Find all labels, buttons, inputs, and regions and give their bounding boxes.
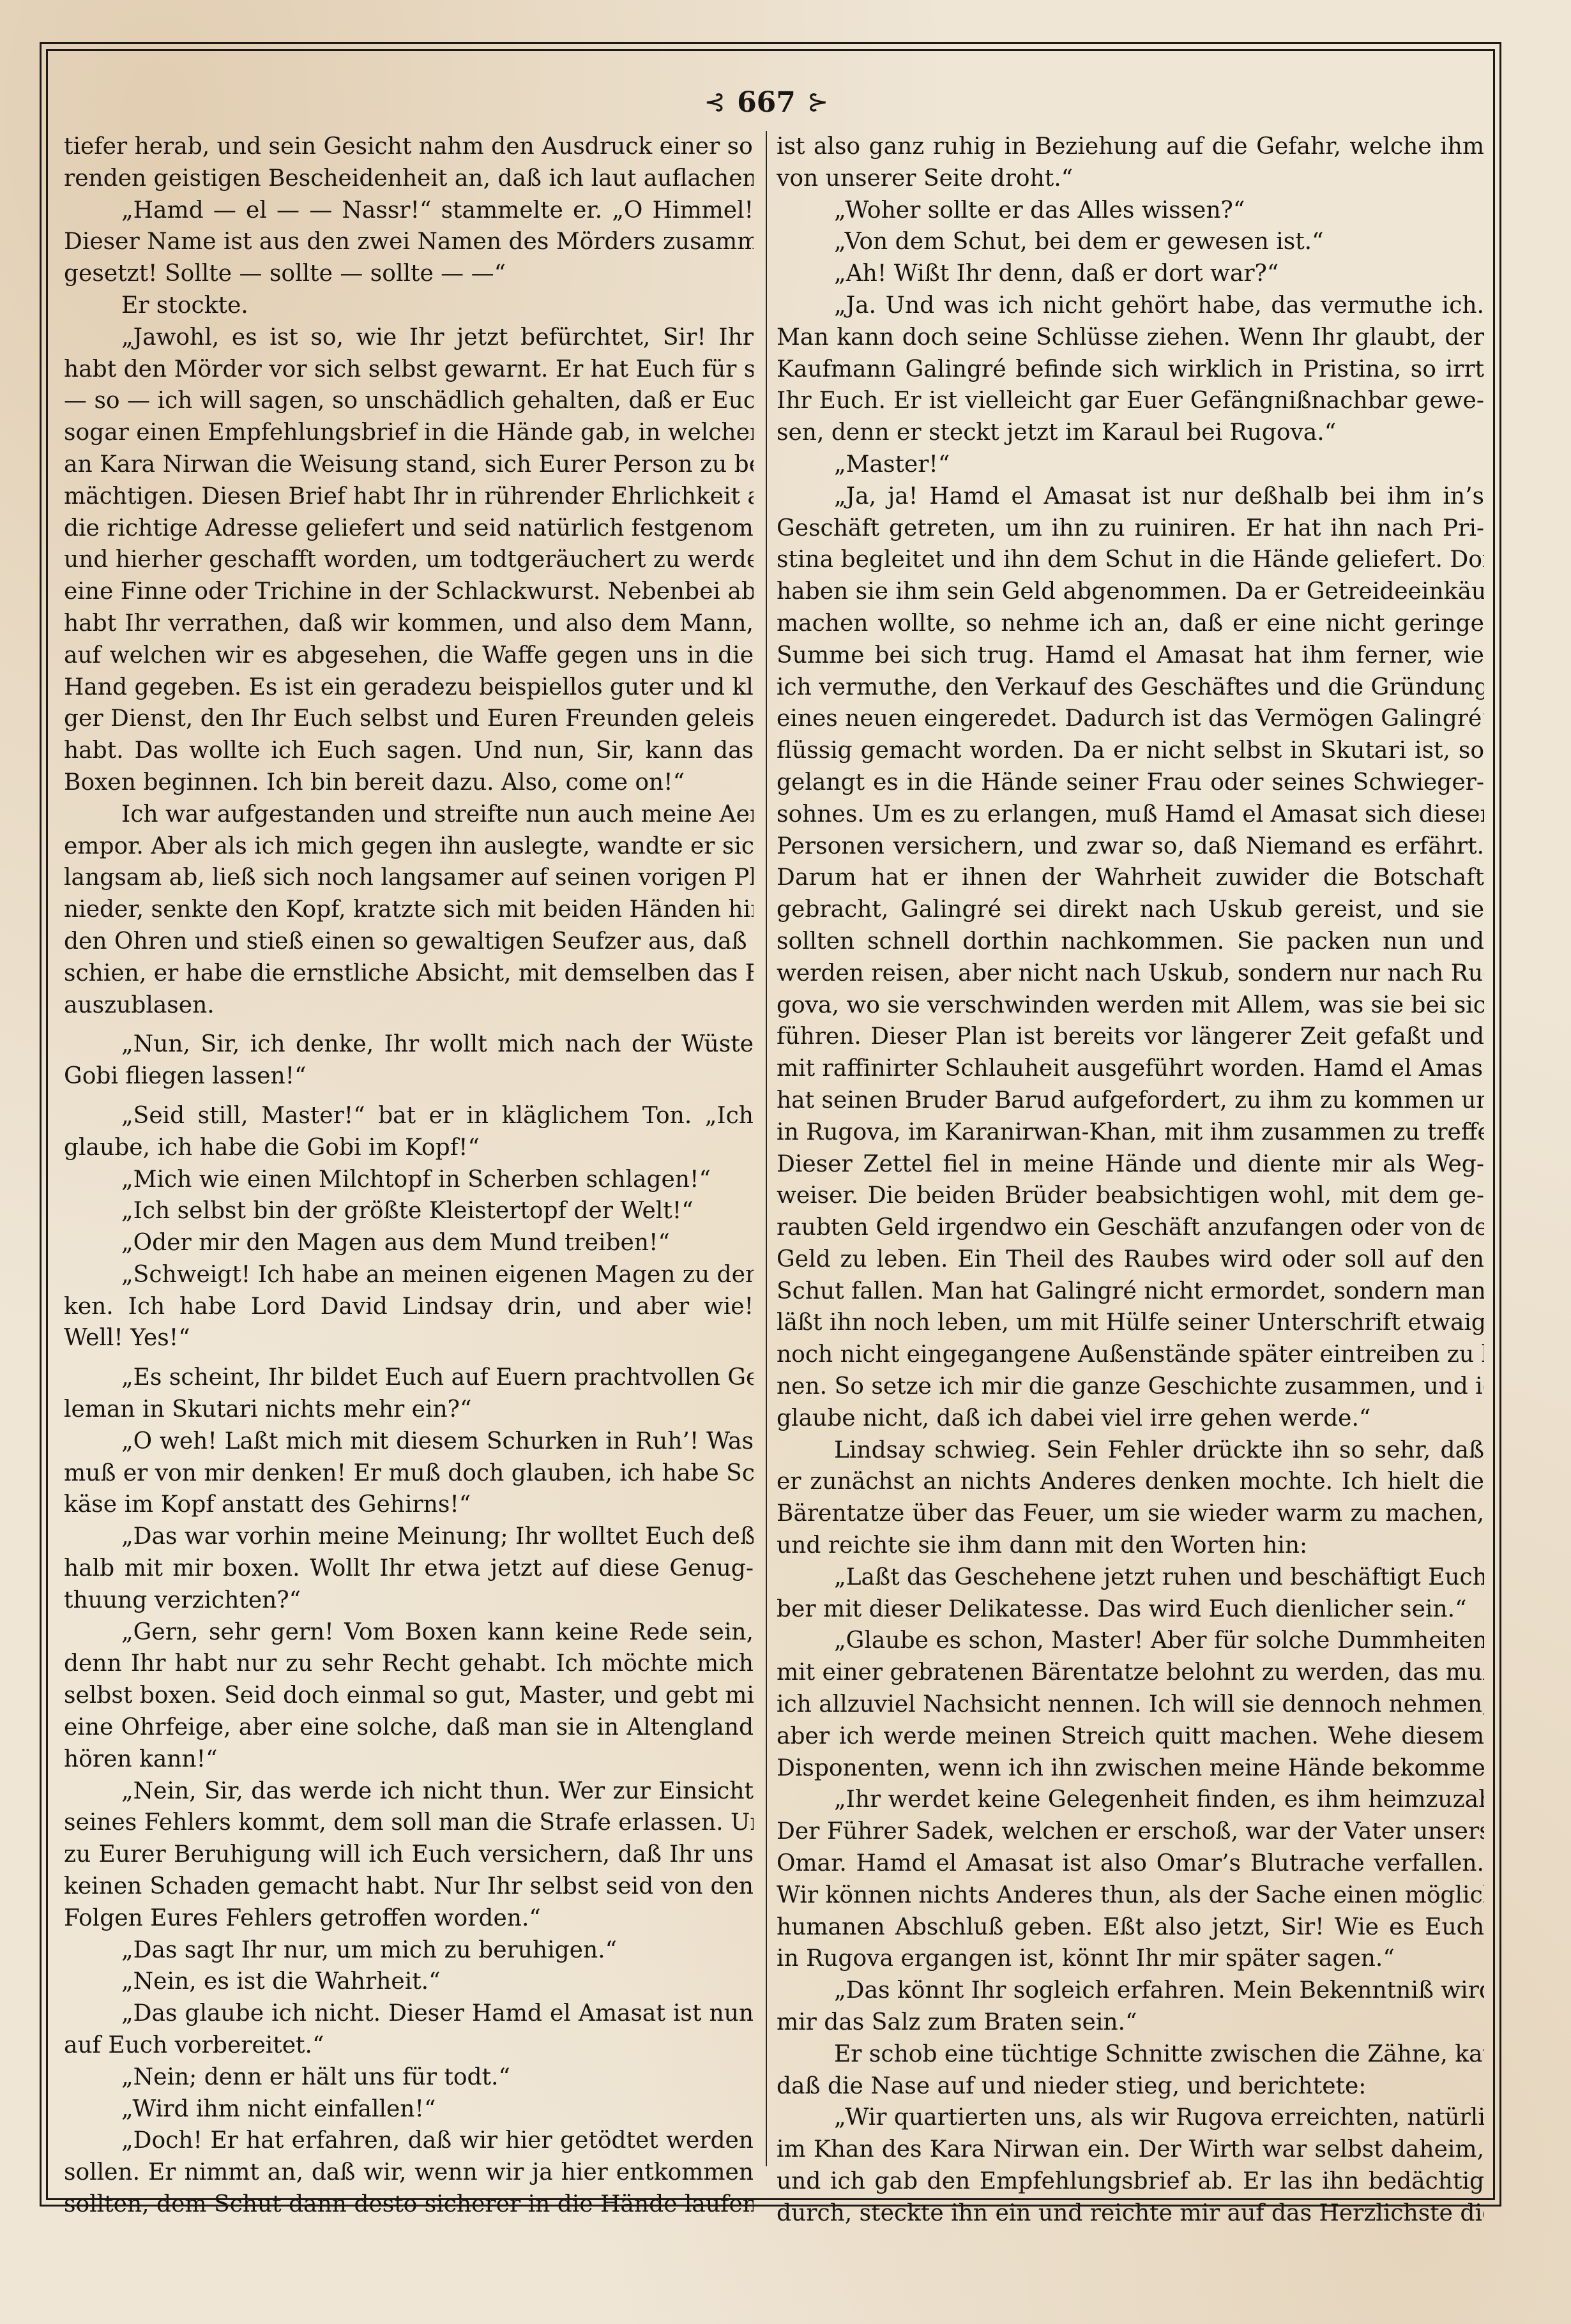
text-line: langsam ab, ließ sich noch langsamer auf… xyxy=(64,862,754,894)
text-line: hat seinen Bruder Barud aufgefordert, zu… xyxy=(777,1085,1484,1117)
text-line: schien, er habe die ernstliche Absicht, … xyxy=(64,958,754,990)
text-line: habt den Mörder vor sich selbst gewarnt.… xyxy=(64,354,754,386)
text-line: auf welchen wir es abgesehen, die Waffe … xyxy=(64,640,754,672)
text-line: Geld zu leben. Ein Theil des Raubes wird… xyxy=(777,1244,1484,1276)
text-line: „Das war vorhin meine Meinung; Ihr wollt… xyxy=(64,1521,754,1553)
text-line: „Nein; denn er hält uns für todt.“ xyxy=(64,2062,754,2094)
text-line: Man kann doch seine Schlüsse ziehen. Wen… xyxy=(777,322,1484,354)
text-line: durch, steckte ihn ein und reichte mir a… xyxy=(777,2198,1484,2230)
text-line: mir das Salz zum Braten sein.“ xyxy=(777,2007,1484,2039)
text-line: glaube nicht, daß ich dabei viel irre ge… xyxy=(777,1403,1484,1435)
text-line: hören kann!“ xyxy=(64,1744,754,1776)
text-line: muß er von mir denken! Er muß doch glaub… xyxy=(64,1458,754,1490)
text-line: „Ich selbst bin der größte Kleistertopf … xyxy=(64,1195,754,1227)
text-line: ist also ganz ruhig in Beziehung auf die… xyxy=(777,131,1484,163)
text-line: „Nein, es ist die Wahrheit.“ xyxy=(64,1966,754,1998)
page-number: 667 xyxy=(737,86,796,119)
text-line: „Oder mir den Magen aus dem Mund treiben… xyxy=(64,1227,754,1259)
text-line: eine Finne oder Trichine in der Schlackw… xyxy=(64,576,754,608)
text-line: „Jawohl, es ist so, wie Ihr jetzt befürc… xyxy=(64,322,754,354)
text-line: Folgen Eures Fehlers getroffen worden.“ xyxy=(64,1903,754,1935)
text-line: „Schweigt! Ich habe an meinen eigenen Ma… xyxy=(64,1259,754,1291)
text-line: zu Eurer Beruhigung will ich Euch versic… xyxy=(64,1839,754,1871)
text-line: „Master!“ xyxy=(777,449,1484,481)
text-line: selbst boxen. Seid doch einmal so gut, M… xyxy=(64,1680,754,1712)
text-line: Der Führer Sadek, welchen er erschoß, wa… xyxy=(777,1816,1484,1848)
text-line: ich allzuviel Nachsicht nennen. Ich will… xyxy=(777,1689,1484,1721)
text-line: nen. So setze ich mir die ganze Geschich… xyxy=(777,1371,1484,1403)
text-line: Boxen beginnen. Ich bin bereit dazu. Als… xyxy=(64,767,754,799)
text-line: gebracht, Galingré sei direkt nach Uskub… xyxy=(777,894,1484,926)
text-line: raubten Geld irgendwo ein Geschäft anzuf… xyxy=(777,1212,1484,1244)
text-line: empor. Aber als ich mich gegen ihn ausle… xyxy=(64,831,754,863)
text-line: in Rugova ergangen ist, könnt Ihr mir sp… xyxy=(777,1943,1484,1975)
text-line: glaube, ich habe die Gobi im Kopf!“ xyxy=(64,1132,754,1164)
text-line: Darum hat er ihnen der Wahrheit zuwider … xyxy=(777,862,1484,894)
text-line: „Nein, Sir, das werde ich nicht thun. We… xyxy=(64,1776,754,1807)
text-line: „Von dem Schut, bei dem er gewesen ist.“ xyxy=(777,226,1484,258)
text-line: Dieser Zettel fiel in meine Hände und di… xyxy=(777,1149,1484,1181)
text-line: in Rugova, im Karanirwan-Khan, mit ihm z… xyxy=(777,1117,1484,1149)
text-line: Omar. Hamd el Amasat ist also Omar’s Blu… xyxy=(777,1848,1484,1880)
text-line: Schut fallen. Man hat Galingré nicht erm… xyxy=(777,1276,1484,1308)
text-line: Bärentatze über das Feuer, um sie wieder… xyxy=(777,1498,1484,1530)
text-line: an Kara Nirwan die Weisung stand, sich E… xyxy=(64,449,754,481)
text-line: „Hamd — el — — Nassr!“ stammelte er. „O … xyxy=(64,195,754,227)
text-line: den Ohren und stieß einen so gewaltigen … xyxy=(64,926,754,958)
text-line: tiefer herab, und sein Gesicht nahm den … xyxy=(64,131,754,163)
text-line: Summe bei sich trug. Hamd el Amasat hat … xyxy=(777,640,1484,672)
text-line: „Das glaube ich nicht. Dieser Hamd el Am… xyxy=(64,1998,754,2030)
text-line: „O weh! Laßt mich mit diesem Schurken in… xyxy=(64,1426,754,1458)
text-line: „Nun, Sir, ich denke, Ihr wollt mich nac… xyxy=(64,1029,754,1060)
text-line: Disponenten, wenn ich ihn zwischen meine… xyxy=(777,1753,1484,1784)
text-line: auszublasen. xyxy=(64,990,754,1022)
text-line: die richtige Adresse geliefert und seid … xyxy=(64,513,754,545)
text-line: sohnes. Um es zu erlangen, muß Hamd el A… xyxy=(777,799,1484,831)
text-line: machen wollte, so nehme ich an, daß er e… xyxy=(777,608,1484,640)
text-line: „Wir quartierten uns, als wir Rugova err… xyxy=(777,2102,1484,2134)
text-line: werden reisen, aber nicht nach Uskub, so… xyxy=(777,958,1484,990)
text-line: keinen Schaden gemacht habt. Nur Ihr sel… xyxy=(64,1871,754,1903)
text-line: er zunächst an nichts Anderes denken moc… xyxy=(777,1466,1484,1498)
text-line: ich vermuthe, den Verkauf des Geschäftes… xyxy=(777,672,1484,704)
text-line: „Es scheint, Ihr bildet Euch auf Euern p… xyxy=(64,1362,754,1394)
text-line: Gobi fliegen lassen!“ xyxy=(64,1060,754,1092)
page-header: ⊰ 667 ⊱ xyxy=(639,80,894,124)
text-line: Er schob eine tüchtige Schnitte zwischen… xyxy=(777,2039,1484,2071)
text-line: weiser. Die beiden Brüder beabsichtigen … xyxy=(777,1180,1484,1212)
text-line: Personen versichern, und zwar so, daß Ni… xyxy=(777,831,1484,863)
text-line: „Doch! Er hat erfahren, daß wir hier get… xyxy=(64,2125,754,2157)
text-line: nieder, senkte den Kopf, kratzte sich mi… xyxy=(64,894,754,926)
text-line: gelangt es in die Hände seiner Frau oder… xyxy=(777,767,1484,799)
text-line: thuung verzichten?“ xyxy=(64,1585,754,1617)
text-line: Er stockte. xyxy=(64,290,754,322)
text-line: eines neuen eingeredet. Dadurch ist das … xyxy=(777,703,1484,735)
text-line: habt Ihr verrathen, daß wir kommen, und … xyxy=(64,608,754,640)
text-line: Geschäft getreten, um ihn zu ruiniren. E… xyxy=(777,513,1484,545)
text-line: seines Fehlers kommt, dem soll man die S… xyxy=(64,1807,754,1839)
text-line: leman in Skutari nichts mehr ein?“ xyxy=(64,1394,754,1426)
text-line: ger Dienst, den Ihr Euch selbst und Eure… xyxy=(64,703,754,735)
text-line: und hierher geschafft worden, um todtger… xyxy=(64,544,754,576)
text-line: „Ah! Wißt Ihr denn, daß er dort war?“ xyxy=(777,258,1484,290)
text-line: renden geistigen Bescheidenheit an, daß … xyxy=(64,163,754,195)
text-line: gesetzt! Sollte — sollte — sollte — —“ xyxy=(64,258,754,290)
text-line: von unserer Seite droht.“ xyxy=(777,163,1484,195)
text-line: gova, wo sie verschwinden werden mit All… xyxy=(777,990,1484,1022)
text-line: „Woher sollte er das Alles wissen?“ xyxy=(777,195,1484,227)
text-line: „Gern, sehr gern! Vom Boxen kann keine R… xyxy=(64,1617,754,1649)
left-column: tiefer herab, und sein Gesicht nahm den … xyxy=(64,131,754,2221)
text-line: auf Euch vorbereitet.“ xyxy=(64,2030,754,2062)
text-line: sen, denn er steckt jetzt im Karaul bei … xyxy=(777,417,1484,449)
text-line: „Glaube es schon, Master! Aber für solch… xyxy=(777,1625,1484,1657)
text-line: denn Ihr habt nur zu sehr Recht gehabt. … xyxy=(64,1648,754,1680)
text-line: Lindsay schwieg. Sein Fehler drückte ihn… xyxy=(777,1435,1484,1467)
text-line: Kaufmann Galingré befinde sich wirklich … xyxy=(777,354,1484,386)
text-line: mächtigen. Diesen Brief habt Ihr in rühr… xyxy=(64,481,754,513)
text-line: Ihr Euch. Er ist vielleicht gar Euer Gef… xyxy=(777,385,1484,417)
text-line: und ich gab den Empfehlungsbrief ab. Er … xyxy=(777,2166,1484,2198)
column-divider xyxy=(766,131,767,2166)
ornament-left-icon: ⊰ xyxy=(704,87,726,117)
text-line: aber ich werde meinen Streich quitt mach… xyxy=(777,1721,1484,1753)
text-line: ken. Ich habe Lord David Lindsay drin, u… xyxy=(64,1291,754,1323)
ornament-right-icon: ⊱ xyxy=(807,87,829,117)
text-line: und reichte sie ihm dann mit den Worten … xyxy=(777,1530,1484,1562)
text-line: haben sie ihm sein Geld abgenommen. Da e… xyxy=(777,576,1484,608)
text-line: sollten, dem Schut dann desto sicherer i… xyxy=(64,2189,754,2221)
right-column: ist also ganz ruhig in Beziehung auf die… xyxy=(777,131,1484,2230)
text-line: läßt ihn noch leben, um mit Hülfe seiner… xyxy=(777,1307,1484,1339)
text-line: stina begleitet und ihn dem Schut in die… xyxy=(777,544,1484,576)
text-line: mit raffinirter Schlauheit ausgeführt wo… xyxy=(777,1053,1484,1085)
text-line: habt. Das wollte ich Euch sagen. Und nun… xyxy=(64,735,754,767)
text-line: halb mit mir boxen. Wollt Ihr etwa jetzt… xyxy=(64,1553,754,1585)
text-line: „Ihr werdet keine Gelegenheit finden, es… xyxy=(777,1784,1484,1816)
text-line: „Das könnt Ihr sogleich erfahren. Mein B… xyxy=(777,1975,1484,2007)
text-line: „Laßt das Geschehene jetzt ruhen und bes… xyxy=(777,1562,1484,1594)
text-line: ber mit dieser Delikatesse. Das wird Euc… xyxy=(777,1594,1484,1626)
text-line: noch nicht eingegangene Außenstände spät… xyxy=(777,1339,1484,1371)
text-line: mit einer gebratenen Bärentatze belohnt … xyxy=(777,1657,1484,1689)
text-line: Hand gegeben. Es ist ein geradezu beispi… xyxy=(64,672,754,704)
text-line: im Khan des Kara Nirwan ein. Der Wirth w… xyxy=(777,2134,1484,2166)
text-line: Dieser Name ist aus den zwei Namen des M… xyxy=(64,226,754,258)
text-line: käse im Kopf anstatt des Gehirns!“ xyxy=(64,1489,754,1521)
text-line: eine Ohrfeige, aber eine solche, daß man… xyxy=(64,1712,754,1744)
text-line: „Ja. Und was ich nicht gehört habe, das … xyxy=(777,290,1484,322)
text-line: „Das sagt Ihr nur, um mich zu beruhigen.… xyxy=(64,1935,754,1966)
text-line: „Mich wie einen Milchtopf in Scherben sc… xyxy=(64,1164,754,1196)
text-line: Ich war aufgestanden und streifte nun au… xyxy=(64,799,754,831)
text-line: Well! Yes!“ xyxy=(64,1322,754,1354)
text-line: daß die Nase auf und nieder stieg, und b… xyxy=(777,2071,1484,2102)
text-line: sogar einen Empfehlungsbrief in die Händ… xyxy=(64,417,754,449)
text-line: „Wird ihm nicht einfallen!“ xyxy=(64,2094,754,2125)
text-line: humanen Abschluß geben. Eßt also jetzt, … xyxy=(777,1912,1484,1943)
text-line: sollten schnell dorthin nachkommen. Sie … xyxy=(777,926,1484,958)
text-line: Wir können nichts Anderes thun, als der … xyxy=(777,1880,1484,1912)
text-line: „Ja, ja! Hamd el Amasat ist nur deßhalb … xyxy=(777,481,1484,513)
text-line: „Seid still, Master!“ bat er in kläglich… xyxy=(64,1100,754,1132)
text-line: sollen. Er nimmt an, daß wir, wenn wir j… xyxy=(64,2157,754,2189)
text-line: flüssig gemacht worden. Da er nicht selb… xyxy=(777,735,1484,767)
text-line: — so — ich will sagen, so unschädlich ge… xyxy=(64,385,754,417)
text-line: führen. Dieser Plan ist bereits vor läng… xyxy=(777,1021,1484,1053)
